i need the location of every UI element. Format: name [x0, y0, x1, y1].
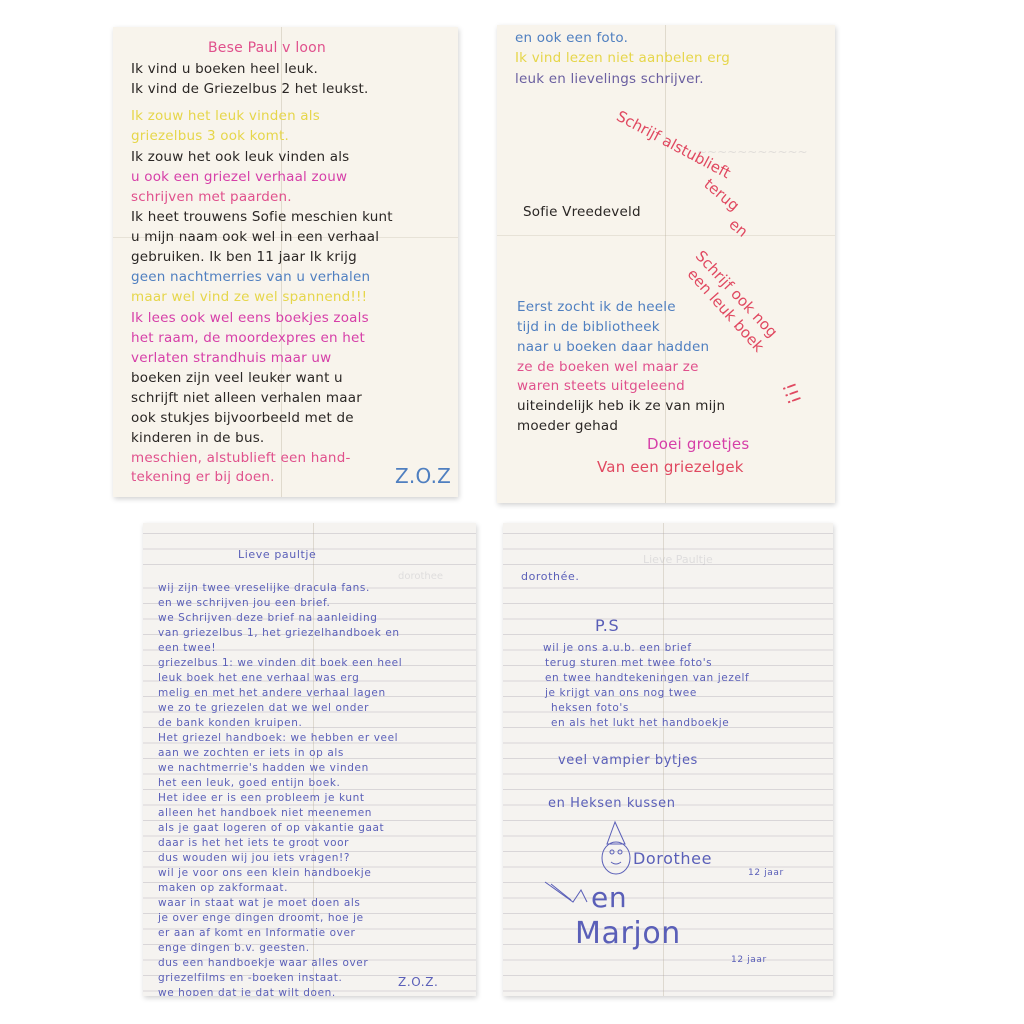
letter-line: leuk boek het ene verhaal was erg [158, 671, 359, 686]
letter-line: wij zijn twee vreselijke dracula fans. [158, 581, 370, 596]
show-through-text: dorothee [398, 571, 443, 582]
letter-line: aan we zochten er iets in op als [158, 746, 344, 761]
letter-line: u ook een griezel verhaal zouw [131, 168, 347, 188]
letter-line: kinderen in de bus. [131, 429, 264, 449]
letter-line: waar in staat wat je moet doen als [158, 896, 360, 911]
letter-line: Ik zouw het leuk vinden als [131, 107, 320, 127]
letter-line: we Schrijven deze brief na aanleiding [158, 611, 377, 626]
closing-signature: Van een griezelgek [597, 458, 744, 478]
letter-line: enge dingen b.v. geesten. [158, 941, 310, 956]
diagonal-text: !!! [777, 380, 804, 408]
letter-line: schrijft niet alleen verhalen maar [131, 389, 362, 409]
letter-line: we zo te griezelen dat we wel onder [158, 701, 369, 716]
letter-line: je krijgt van ons nog twee [545, 686, 697, 701]
letter-line: leuk en lievelings schrijver. [515, 70, 704, 90]
letter-line: maar wel vind ze wel spannend!!! [131, 288, 367, 308]
letter-line: dus een handboekje waar alles over [158, 956, 368, 971]
ps-label: P.S [595, 618, 619, 633]
fold-crease [665, 25, 666, 503]
letter-line: en twee handtekeningen van jezelf [545, 671, 749, 686]
letter-line: er aan af komt en Informatie over [158, 926, 355, 941]
letter-line: dus wouden wij jou iets vragen!? [158, 851, 350, 866]
letter-line: griezelbus 3 ook komt. [131, 127, 289, 147]
sender-name: Sofie Vreedeveld [523, 203, 641, 223]
letter-line: je over enge dingen droomt, hoe je [158, 911, 364, 926]
letter-line: we hopen dat je dat wilt doen. [158, 986, 336, 996]
letter-line: Ik heet trouwens Sofie meschien kunt [131, 208, 393, 228]
witch-doodle-icon [593, 818, 643, 878]
letter-line: van griezelbus 1, het griezelhandboek en [158, 626, 400, 641]
letter-line: boeken zijn veel leuker want u [131, 369, 343, 389]
letter-line: wil je voor ons een klein handboekje [158, 866, 371, 881]
letter-line: alleen het handboek niet meenemen [158, 806, 372, 821]
letter-line: maken op zakformaat. [158, 881, 288, 896]
letter-line: we nachtmerrie's hadden we vinden [158, 761, 369, 776]
signature-marjon: Marjon [575, 918, 681, 950]
letter-line: Ik vind u boeken heel leuk. [131, 60, 318, 80]
letter-line: melig en met het andere verhaal lagen [158, 686, 386, 701]
zoz-note: Z.O.Z [395, 467, 451, 487]
letter-line: heksen foto's [551, 701, 629, 716]
letter-line: griezelfilms en -boeken instaat. [158, 971, 342, 986]
letter-line: moeder gehad [517, 417, 618, 437]
letter-line: geen nachtmerries van u verhalen [131, 268, 370, 288]
connector-en: en [591, 883, 627, 913]
letter-line: uiteindelijk heb ik ze van mijn [517, 397, 725, 417]
letter-line: een twee! [158, 641, 216, 656]
letter-line: naar u boeken daar hadden [517, 338, 709, 358]
letter-line: tijd in de bibliotheek [517, 318, 660, 338]
age-note: 12 jaar [748, 866, 784, 881]
closing-greeting: Doei groetjes [647, 435, 749, 455]
letter-bottom-right: Lieve Paultje dorothée. P.S wil je ons a… [503, 523, 833, 996]
signature-dorothee: Dorothee [633, 851, 712, 866]
letter-line: waren steets uitgeleend [517, 377, 685, 397]
closing-line: en Heksen kussen [548, 796, 676, 811]
letter-line: verlaten strandhuis maar uw [131, 349, 331, 369]
diagonal-text: en [725, 215, 751, 241]
letter-line: wil je ons a.u.b. een brief [543, 641, 692, 656]
show-through-text: Lieve Paultje [643, 553, 713, 566]
letter-line: meschien, alstublieft een hand- [131, 449, 351, 469]
letter-line: schrijven met paarden. [131, 188, 292, 208]
letter-line: de bank konden kruipen. [158, 716, 302, 731]
letter-line: als je gaat logeren of op vakantie gaat [158, 821, 384, 836]
letter-line: terug sturen met twee foto's [545, 656, 712, 671]
letter-line: dorothée. [521, 569, 579, 584]
letter-line: ook stukjes bijvoorbeeld met de [131, 409, 354, 429]
letter-line: u mijn naam ook wel in een verhaal [131, 228, 379, 248]
letter-line: tekening er bij doen. [131, 468, 275, 488]
letter-line: Ik vind lezen niet aanbelen erg [515, 49, 730, 69]
closing-line: veel vampier bytjes [558, 753, 698, 768]
fold-crease [497, 235, 835, 236]
letter-line: Het idee er is een probleem je kunt [158, 791, 365, 806]
letter-bottom-left: Lieve paultje dorothee wij zijn twee vre… [143, 523, 476, 996]
bat-doodle-icon [543, 878, 593, 918]
letter-line: Het griezel handboek: we hebben er veel [158, 731, 398, 746]
diagonal-text: terug [700, 175, 742, 215]
letter-line: en als het lukt het handboekje [551, 716, 729, 731]
letter-line: ze de boeken wel maar ze [517, 358, 699, 378]
letter-line: het raam, de moordexpres en het [131, 329, 365, 349]
greeting: Bese Paul v loon [208, 39, 326, 59]
letter-line: Ik vind de Griezelbus 2 het leukst. [131, 80, 368, 100]
letter-line: en we schrijven jou een brief. [158, 596, 330, 611]
letter-line: het een leuk, goed entijn boek. [158, 776, 340, 791]
letter-line: en ook een foto. [515, 29, 628, 49]
letter-line: Eerst zocht ik de heele [517, 298, 676, 318]
greeting: Lieve paultje [238, 547, 316, 562]
age-note: 12 jaar [731, 953, 767, 968]
letter-line: Ik lees ook wel eens boekjes zoals [131, 309, 369, 329]
zoz-note: Z.O.Z. [398, 975, 438, 990]
letter-line: griezelbus 1: we vinden dit boek een hee… [158, 656, 402, 671]
letter-line: Ik zouw het ook leuk vinden als [131, 148, 349, 168]
letter-top-right: ~~~~~~~~~~~ en ook een foto. Ik vind lez… [497, 25, 835, 503]
letter-line: daar is het het iets te groot voor [158, 836, 349, 851]
letter-top-left: Bese Paul v loon Ik vind u boeken heel l… [113, 27, 458, 497]
letter-line: gebruiken. Ik ben 11 jaar Ik krijg [131, 248, 357, 268]
